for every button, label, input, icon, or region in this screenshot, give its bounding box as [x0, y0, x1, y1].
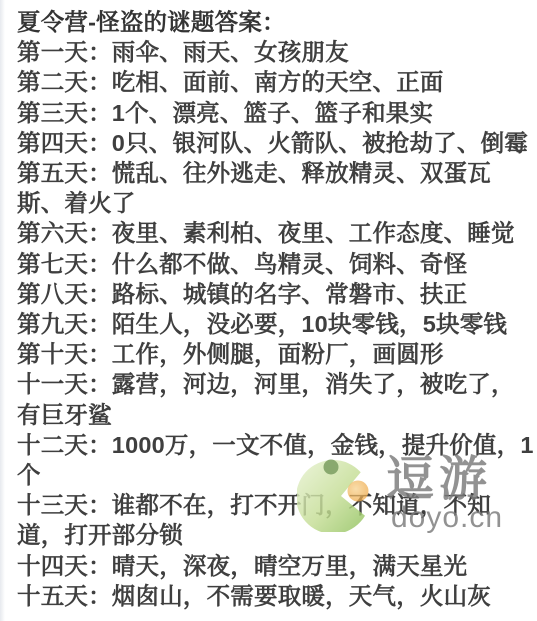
- page-title: 夏令营-怪盗的谜题答案：: [17, 7, 531, 37]
- answer-line-day8: 第八天：路标、城镇的名字、常磐市、扶正: [17, 279, 531, 309]
- answer-line-day14: 十四天：晴天，深夜，晴空万里，满天星光: [17, 551, 531, 581]
- answer-line-day12-wrap: 个: [17, 460, 531, 490]
- answer-line-day6: 第六天：夜里、素利柏、夜里、工作态度、睡觉: [17, 218, 531, 248]
- answer-line-day7: 第七天：什么都不做、鸟精灵、饲料、奇怪: [17, 249, 531, 279]
- answer-line-day11: 十一天：露营，河边，河里，消失了，被吃了，: [17, 369, 531, 399]
- answers-document: 夏令营-怪盗的谜题答案： 第一天：雨伞、雨天、女孩朋友 第二天：吃相、面前、南方…: [0, 0, 537, 621]
- answer-line-day15: 十五天：烟囱山，不需要取暖，天气，火山灰: [17, 581, 531, 611]
- answer-line-day9: 第九天：陌生人，没必要，10块零钱，5块零钱: [17, 309, 531, 339]
- answer-line-day12: 十二天：1000万，一文不值，金钱，提升价值，1: [17, 430, 531, 460]
- answer-line-day5: 第五天：慌乱、往外逃走、释放精灵、双蛋瓦: [17, 158, 531, 188]
- answer-line-day2: 第二天：吃相、面前、南方的天空、正面: [17, 67, 531, 97]
- answer-line-day4: 第四天：0只、银河队、火箭队、被抢劫了、倒霉: [17, 128, 531, 158]
- answer-line-day13: 十三天：谁都不在，打不开门，不知道，不知: [17, 490, 531, 520]
- answer-line-day5-wrap: 斯、着火了: [17, 188, 531, 218]
- answer-line-day10: 第十天：工作，外侧腿，面粉厂，画圆形: [17, 339, 531, 369]
- answer-line-day1: 第一天：雨伞、雨天、女孩朋友: [17, 37, 531, 67]
- answer-line-day11-wrap: 有巨牙鲨: [17, 400, 531, 430]
- answer-line-day13-wrap: 道，打开部分锁: [17, 520, 531, 550]
- answer-line-day3: 第三天：1个、漂亮、篮子、篮子和果实: [17, 98, 531, 128]
